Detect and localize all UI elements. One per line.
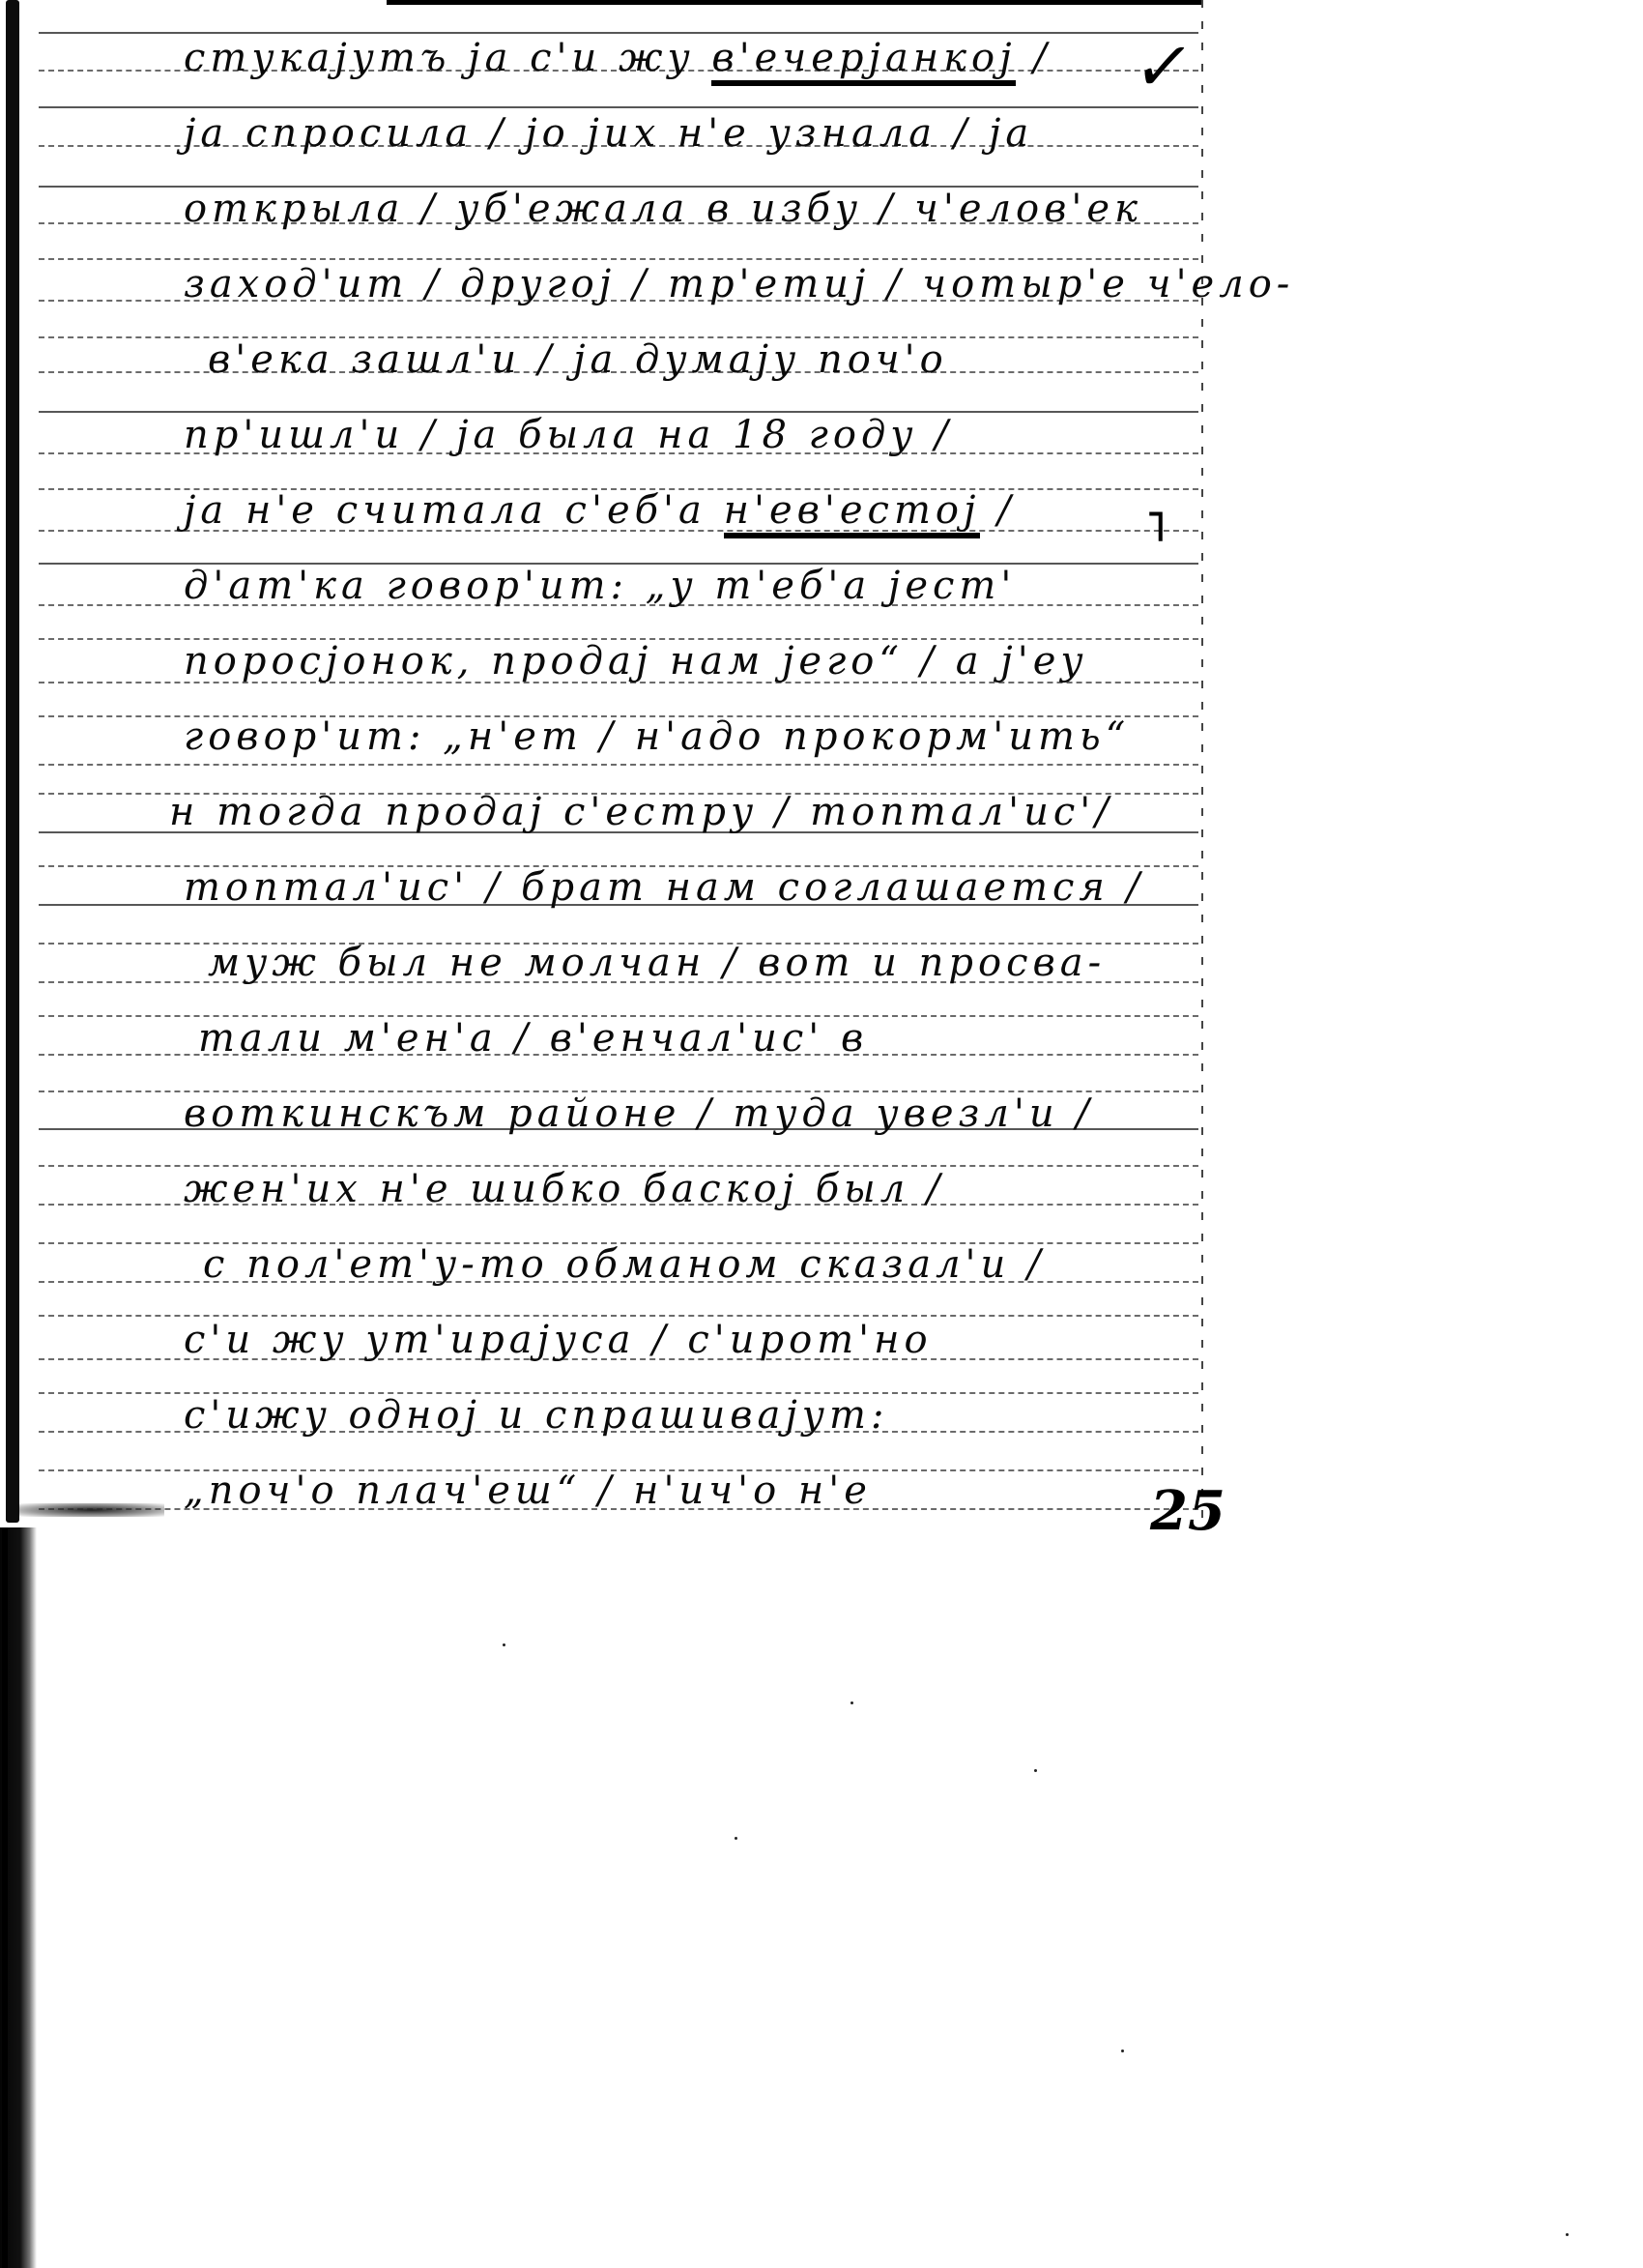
text-line-10: говор'ит: „н'ет / н'адо прокорм'ить“ [184,708,1189,766]
text-line-16: жен'их н'е шибко баској был / [184,1160,1189,1218]
line-text: ја спросила / јо јих н'е узнала / ја [184,111,1033,156]
speck [1121,2050,1124,2052]
speck [735,1837,737,1840]
line-text: муж был не молчан / вот и просва- [208,941,1106,985]
text-line-11: н тогда продај с'естру / топтал'ис'/ [169,783,1174,841]
text-line-17: с пол'ет'у-то обманом сказал'и / [203,1236,1208,1294]
line-text: жен'их н'е шибко баској был / [184,1167,944,1211]
line-text: топтал'ис' / брат нам соглашается / [184,865,1144,910]
page-number: 25 [1150,1479,1225,1543]
text-line-20: „поч'о плач'еш“ / н'ич'о н'е [184,1462,1189,1520]
speck [1566,2233,1569,2236]
speck [1034,1769,1037,1772]
margin-tick-icon: ˥ [1145,503,1167,552]
line-text: открыла / уб'ежала в избу / ч'елов'ек [184,187,1142,231]
line-text: воткинскъм районе / туда увезл'и / [184,1091,1094,1136]
speck [850,1701,853,1704]
right-margin-line [1201,0,1203,1523]
text-line-2: ја спросила / јо јих н'е узнала / ја [184,104,1189,162]
line-text: пр'ишл'и / ја была на 18 году / [184,413,953,457]
text-line-15: воткинскъм районе / туда увезл'и / [184,1085,1189,1143]
text-line-8: д'ат'ка говор'ит: „у т'еб'а јест' [184,557,1189,615]
binding-strip [6,0,19,1523]
text-line-6: пр'ишл'и / ја была на 18 году / [184,406,1189,464]
notebook-page: стукајутъ ја с'и жу в'ечерјанкој / ја сп… [0,0,1643,2268]
ink-smudge [19,1503,164,1517]
text-line-5: в'ека зашл'и / ја думају поч'о [208,331,1213,389]
underlined-word: в'ечерјанкој [711,36,1016,86]
text-line-9: поросјонок, продај нам јего“ / а ј'еу [184,632,1189,690]
line-text: с пол'ет'у-то обманом сказал'и / [203,1242,1046,1287]
line-text: стукајутъ ја с'и жу [184,36,711,80]
text-line-14: тали м'ен'а / в'енчал'ис' в [198,1009,1203,1067]
line-text: тали м'ен'а / в'енчал'ис' в [198,1016,868,1061]
line-text: поросјонок, продај нам јего“ / а ј'еу [184,639,1088,683]
text-line-3: открыла / уб'ежала в избу / ч'елов'ек [184,180,1189,238]
line-text: с'и жу ут'ирајуса / с'ирот'но [184,1318,933,1362]
line-text: в'ека зашл'и / ја думају поч'о [208,337,948,382]
text-line-13: муж был не молчан / вот и просва- [208,934,1213,992]
text-line-12: топтал'ис' / брат нам соглашается / [184,858,1189,916]
line-text: ја н'е считала с'еб'а [184,488,724,533]
speck [503,1643,505,1646]
line-text: „поч'о плач'еш“ / н'ич'о н'е [184,1468,872,1513]
text-line-1: стукајутъ ја с'и жу в'ечерјанкој / [184,29,1189,87]
line-text: н тогда продај с'естру / топтал'ис'/ [169,790,1113,834]
text-line-4: заход'ит / другој / тр'етиј / чотыр'е ч'… [184,255,1189,313]
text-line-7: ја н'е считала с'еб'а н'ев'естој / [184,481,1189,539]
line-text: заход'ит / другој / тр'етиј / чотыр'е ч'… [184,262,1294,306]
underlined-word: н'ев'естој [724,488,981,538]
top-border [387,0,1203,5]
text-line-19: с'ижу одној и спрашиваjут: [184,1386,1189,1444]
line-text: говор'ит: „н'ет / н'адо прокорм'ить“ [184,714,1130,759]
line-text: д'ат'ка говор'ит: „у т'еб'а јест' [184,564,1016,608]
line-tail: / [980,488,1015,533]
line-text: с'ижу одној и спрашиваjут: [184,1393,888,1438]
line-tail: / [1016,36,1051,80]
text-line-18: с'и жу ут'ирајуса / с'ирот'но [184,1311,1189,1369]
binding-edge [2,1527,8,2268]
